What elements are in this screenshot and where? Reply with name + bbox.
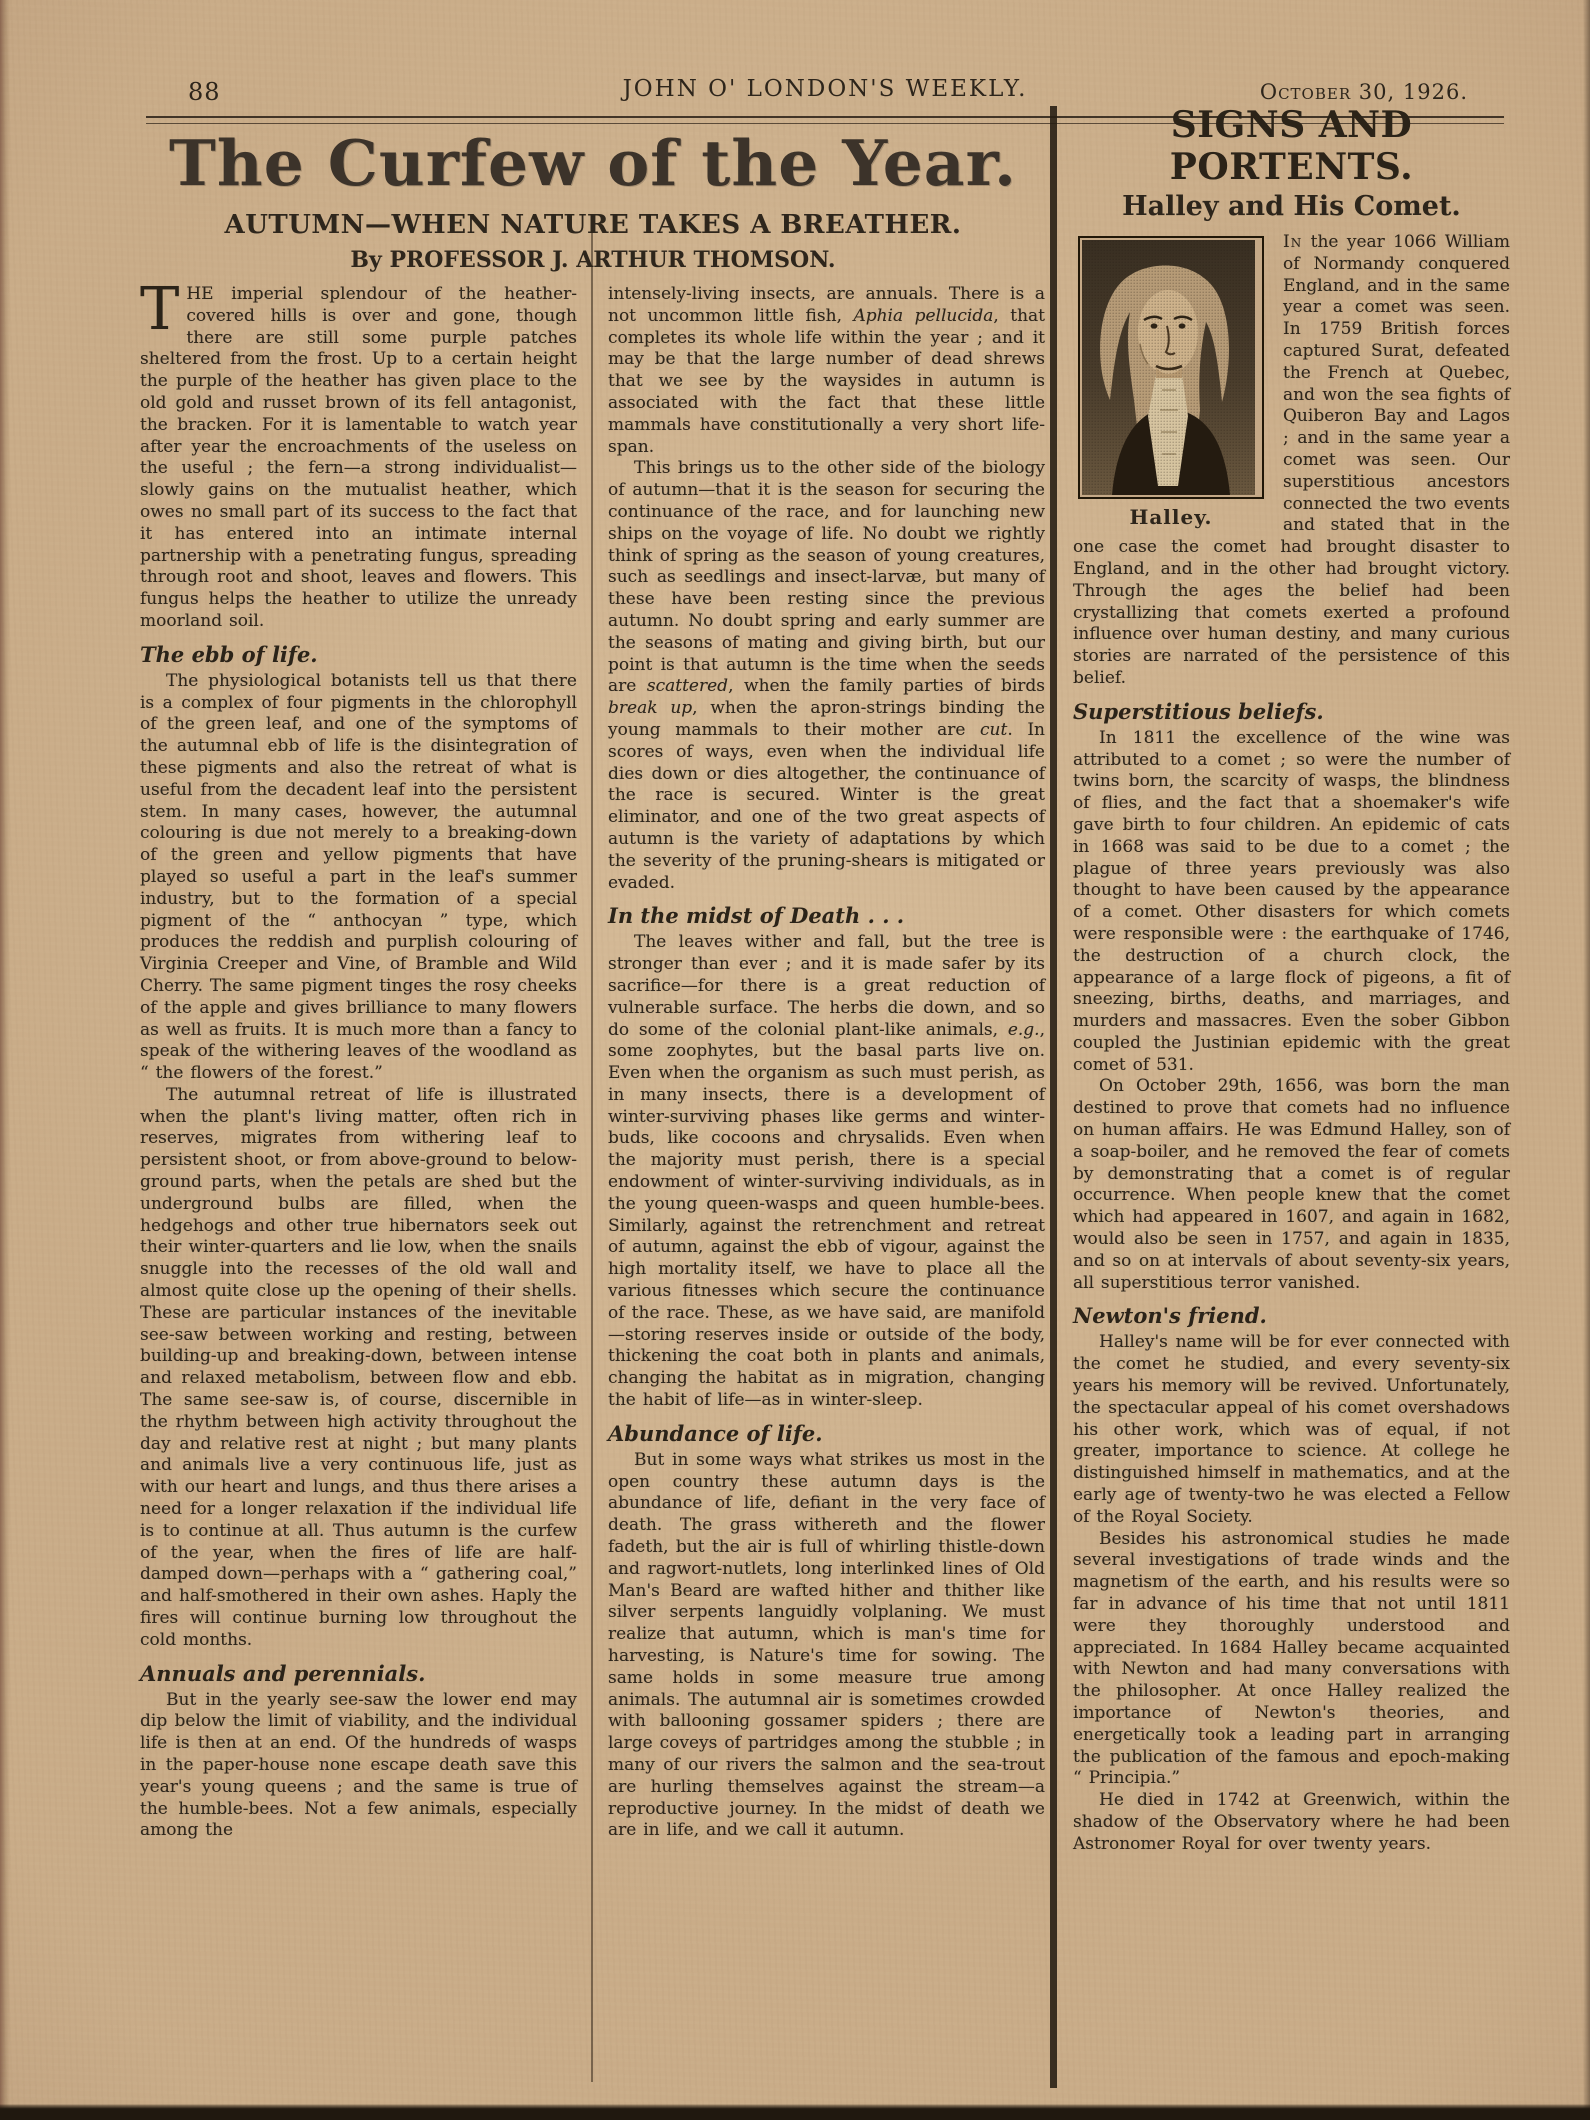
section-heading: Newton's friend. (1073, 1303, 1510, 1328)
left-article-headline: The Curfew of the Year. AUTUMN—WHEN NATU… (140, 120, 1046, 273)
paragraph: He died in 1742 at Greenwich, within the… (1073, 1790, 1510, 1855)
page-bottom-edge (0, 2104, 1590, 2120)
halley-portrait: Halley. (1073, 236, 1269, 529)
column-2: intensely-living insects, are annuals. T… (608, 284, 1045, 1842)
halley-portrait-image (1082, 240, 1255, 495)
paragraph: On October 29th, 1656, was born the man … (1073, 1076, 1510, 1294)
section-heading: Superstitious beliefs. (1073, 699, 1510, 724)
right-article-subtitle: Halley and His Comet. (1073, 191, 1510, 222)
section-heading: Annuals and perennials. (140, 1661, 577, 1686)
page-right-edge (1583, 0, 1590, 2120)
paragraph: In 1811 the excellence of the wine was a… (1073, 728, 1510, 1077)
section-heading: The ebb of life. (140, 642, 577, 667)
paragraph: But in some ways what strikes us most in… (608, 1450, 1045, 1842)
paragraph: The physiological botanists tell us that… (140, 671, 577, 1085)
section-heading: In the midst of Death . . . (608, 903, 1045, 928)
article-byline: By PROFESSOR J. ARTHUR THOMSON. (140, 248, 1046, 273)
paragraph: Halley's name will be for ever connected… (1073, 1332, 1510, 1528)
paragraph: The autumnal retreat of life is illustra… (140, 1085, 577, 1652)
section-heading: Abundance of life. (608, 1421, 1045, 1446)
paragraph: Besides his astronomical studies he made… (1073, 1529, 1510, 1791)
paragraph: intensely-living insects, are annuals. T… (608, 284, 1045, 458)
article-subtitle: AUTUMN—WHEN NATURE TAKES A BREATHER. (140, 210, 1046, 240)
article-title: The Curfew of the Year. (140, 120, 1046, 206)
column-3: SIGNS AND PORTENTS. Halley and His Comet… (1073, 104, 1510, 1856)
paragraph: But in the yearly see-saw the lower end … (140, 1690, 577, 1843)
portrait-caption: Halley. (1073, 505, 1269, 529)
page-left-edge (0, 0, 10, 2120)
issue-date: October 30, 1926. (1260, 80, 1468, 104)
newspaper-page: 88 JOHN O' LONDON'S WEEKLY. October 30, … (0, 0, 1590, 2120)
smallcaps-lead: In (1283, 232, 1302, 252)
paragraph: The leaves wither and fall, but the tree… (608, 932, 1045, 1412)
portrait-frame (1078, 236, 1264, 499)
column-divider-thin (591, 216, 593, 2082)
paragraph: THE imperial splendour of the heather-co… (140, 284, 577, 633)
column-1: THE imperial splendour of the heather-co… (140, 284, 577, 1842)
right-article-title: SIGNS AND PORTENTS. (1073, 104, 1510, 188)
column-divider-thick (1050, 106, 1057, 2088)
paragraph: This brings us to the other side of the … (608, 458, 1045, 894)
